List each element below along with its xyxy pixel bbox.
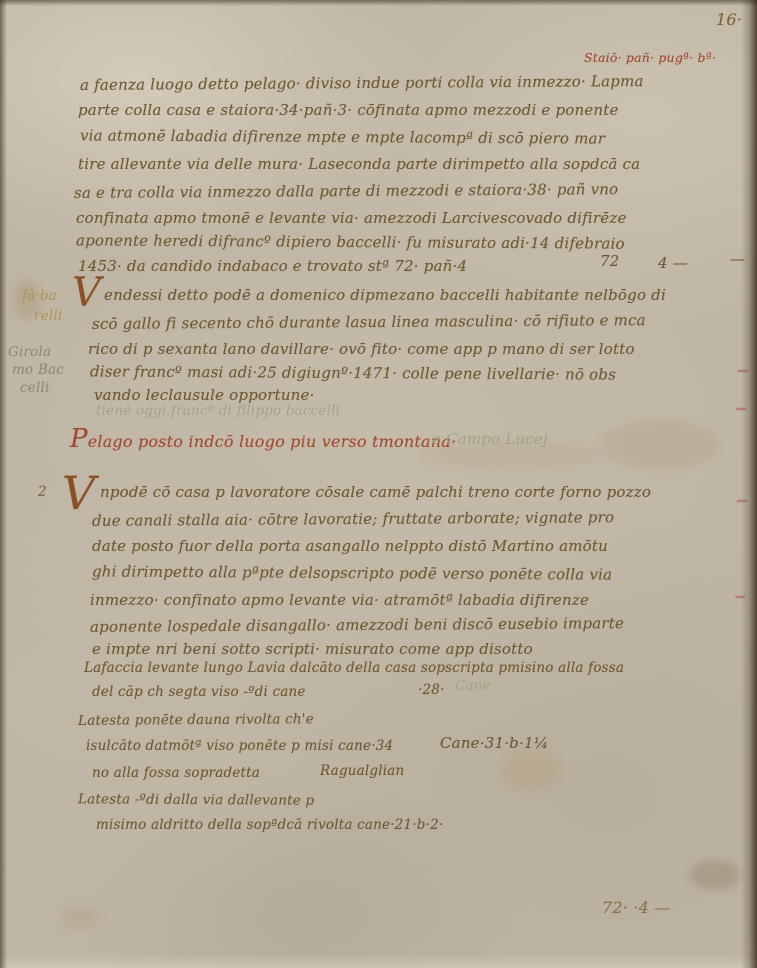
entry3-line: date posto fuor della porta asangallo ne… xyxy=(92,537,608,555)
entry3-line: npodē cō casa p lavoratore cōsale camē p… xyxy=(100,483,651,501)
margin-note-girolamo: celli xyxy=(20,380,50,396)
margin-note-girolamo: Girola xyxy=(8,344,51,360)
entry1-line: a faenza luogo detto pelago· diviso indu… xyxy=(80,72,644,94)
entry1-line: parte colla casa e staiora·34·pañ·3· cōf… xyxy=(78,101,619,119)
entry1-margin-total: 4 — xyxy=(658,254,688,272)
measure-line: Latesta ponēte dauna rivolta ch'e xyxy=(78,711,314,729)
measure-value: Cane·31·b·1¼ xyxy=(440,734,548,752)
entry1-margin-total: 72 xyxy=(600,252,620,270)
entry1-line: aponente heredi difrancº dipiero baccell… xyxy=(76,231,625,252)
folio-number: 16· xyxy=(716,10,742,29)
margin-ruling-mark xyxy=(735,596,745,598)
entry3-line: ghi dirimpetto alla pªpte delsopscripto … xyxy=(92,562,612,583)
margin-ruling-mark xyxy=(736,408,746,410)
entry2-line: scō gallo fi secento chō durante lasua l… xyxy=(92,311,646,333)
measure-line: del cāp ch segta viso -ºdi cane xyxy=(92,684,306,700)
measure-line: Latesta -ºdi dalla via dallevante p xyxy=(78,791,314,808)
measure-faint-cane: Cane xyxy=(455,678,491,694)
entry1-line: 1453· da candido indabaco e trovato stª … xyxy=(78,257,467,275)
entry1-line: sa e tra colla via inmezzo dalla parte d… xyxy=(74,180,618,202)
margin-note-baccelli: relli xyxy=(34,308,62,324)
entry1-margin-total: — xyxy=(730,250,745,268)
entry3-line: aponente lospedale disangallo· amezzodi … xyxy=(90,614,624,636)
heading-faded-text: e Campo Lucej xyxy=(432,430,548,448)
measure-line: no alla fossa sopradetta xyxy=(92,765,260,781)
entry1-line: confinata apmo tmonē e levante via· amez… xyxy=(76,209,627,227)
parchment-stain xyxy=(500,750,560,790)
measure-note: Ragualglian xyxy=(320,763,404,779)
entry2-line: vando leclausule opportune· xyxy=(94,386,315,404)
measure-line: isulcāto datmōtª viso ponēte p misi cane… xyxy=(86,738,393,754)
parchment-stain xyxy=(60,905,100,931)
parchment-stain xyxy=(690,860,740,890)
entry2-line: diser francº masi adi·25 digiugnº·1471· … xyxy=(90,362,616,383)
entry3-initial: V xyxy=(62,466,95,520)
entry2-line: rico di p sexanta lano davillare· ovō fi… xyxy=(88,340,635,358)
entry2-initial: V xyxy=(72,270,101,316)
entry3-line: inmezzo· confinato apmo levante via· atr… xyxy=(90,591,589,609)
rubric-units-note: Staiō· pañ· pugª· bª· xyxy=(584,50,716,65)
entry1-line: via atmonē labadia difirenze mpte e mpte… xyxy=(80,126,605,147)
margin-note-girolamo: mo Bac xyxy=(12,362,64,378)
measure-line: misimo aldritto della sopªdcā rivolta ca… xyxy=(96,817,443,833)
entry3-item-number: 2 xyxy=(38,484,47,500)
parchment-stain xyxy=(600,420,720,470)
manuscript-page: 16· Staiō· pañ· pugª· bª· a faenza luogo… xyxy=(0,0,757,968)
measure-value: ·28· xyxy=(418,682,445,698)
entry1-line: tire allevante via delle mura· Laseconda… xyxy=(78,155,640,173)
margin-ruling-mark xyxy=(737,500,747,502)
footer-total: 72· ·4 — xyxy=(602,898,670,917)
heading-red-text: Pelago posto indcō luogo piu verso tmont… xyxy=(70,424,456,454)
entry2-line: endessi detto podē a domenico dipmezano … xyxy=(104,286,666,304)
later-ownership-note: tienē oggi francº di filippo baccelli xyxy=(96,403,340,419)
measure-line: Lafaccia levante lungo Lavia dalcāto del… xyxy=(84,660,624,676)
margin-ruling-mark xyxy=(738,370,748,372)
margin-note-baccelli: fā·ba xyxy=(22,288,57,304)
entry3-line: e impte nri beni sotto scripti· misurato… xyxy=(92,640,533,658)
entry3-line: due canali stalla aia· cōtre lavoratie; … xyxy=(92,508,614,530)
